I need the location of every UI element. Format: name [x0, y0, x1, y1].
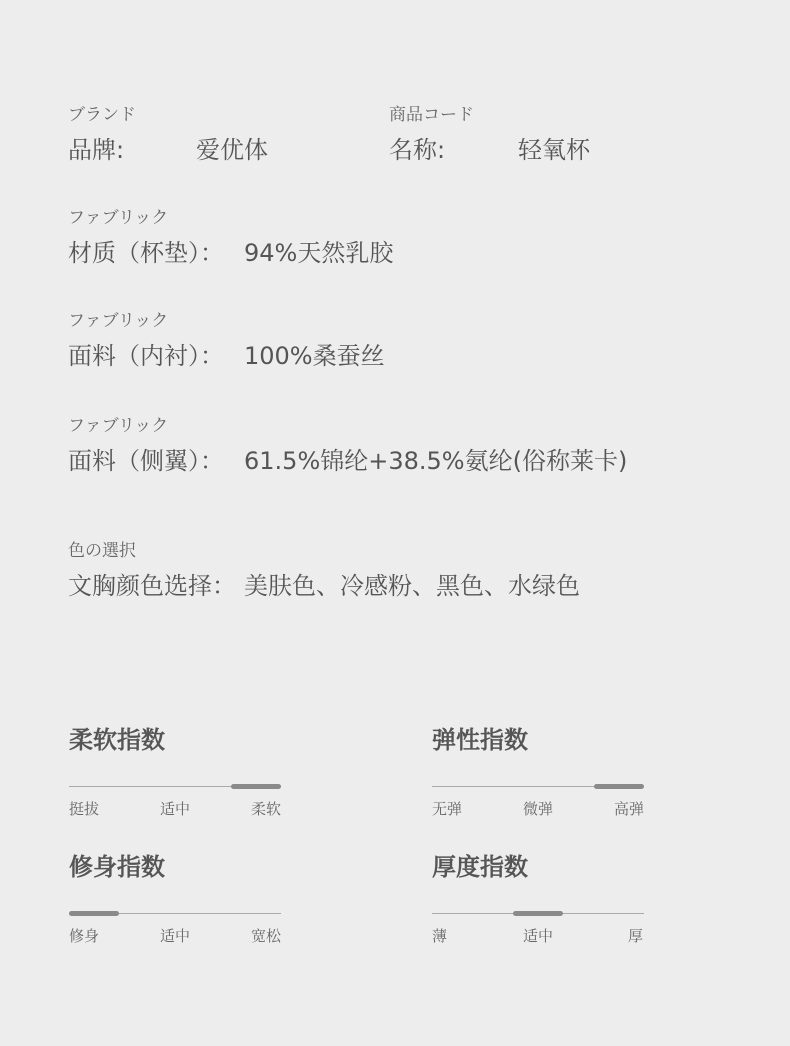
brand-caption: ブランド: [68, 105, 136, 125]
softness-index-title: 柔软指数: [69, 725, 165, 755]
product-value: 轻氧杯: [518, 135, 590, 165]
softness-tick-high: 柔软: [251, 800, 281, 818]
side-wing-caption: ファブリック: [68, 416, 168, 436]
cup-pad-label: 材质（杯垫）：: [68, 239, 224, 267]
lining-value: 100%桑蚕丝: [244, 341, 385, 371]
lining-caption: ファブリック: [68, 311, 168, 331]
fit-index-title: 修身指数: [69, 852, 165, 882]
thickness-scale-track: [432, 913, 644, 914]
product-label: 名称:: [389, 136, 445, 164]
brand-row: 品牌: 爱优体: [68, 135, 124, 165]
side-wing-value: 61.5%锦纶+38.5%氨纶(俗称莱卡): [244, 446, 627, 476]
side-wing-row: 面料（侧翼）： 61.5%锦纶+38.5%氨纶(俗称莱卡): [68, 446, 224, 476]
side-wing-label: 面料（侧翼）：: [68, 447, 224, 475]
softness-tick-low: 挺拔: [69, 800, 99, 818]
cup-pad-value: 94%天然乳胶: [244, 238, 393, 268]
color-row: 文胸颜色选择： 美肤色、冷感粉、黑色、水绿色: [68, 571, 236, 601]
brand-value: 爱优体: [196, 135, 268, 165]
lining-row: 面料（内衬）： 100%桑蚕丝: [68, 341, 224, 371]
elasticity-index-title: 弹性指数: [432, 725, 528, 755]
color-value: 美肤色、冷感粉、黑色、水绿色: [244, 571, 580, 601]
thickness-scale-indicator: [513, 911, 563, 916]
elasticity-tick-low: 无弹: [432, 800, 462, 818]
cup-pad-row: 材质（杯垫）： 94%天然乳胶: [68, 238, 224, 268]
elasticity-tick-high: 高弹: [614, 800, 644, 818]
thickness-tick-high: 厚: [628, 927, 643, 945]
brand-label: 品牌:: [68, 136, 124, 164]
product-caption: 商品コード: [389, 105, 474, 125]
color-label: 文胸颜色选择：: [68, 572, 236, 600]
thickness-tick-mid: 适中: [523, 927, 553, 945]
cup-pad-caption: ファブリック: [68, 208, 168, 228]
fit-tick-high: 宽松: [251, 927, 281, 945]
fit-tick-low: 修身: [69, 927, 99, 945]
lining-label: 面料（内衬）：: [68, 342, 224, 370]
softness-tick-mid: 适中: [160, 800, 190, 818]
thickness-tick-low: 薄: [432, 927, 447, 945]
elasticity-scale-track: [432, 786, 644, 787]
softness-scale-indicator: [231, 784, 281, 789]
fit-scale-indicator: [69, 911, 119, 916]
thickness-index-title: 厚度指数: [432, 852, 528, 882]
elasticity-tick-mid: 微弹: [523, 800, 553, 818]
product-row: 名称: 轻氧杯: [389, 135, 445, 165]
elasticity-scale-indicator: [594, 784, 644, 789]
softness-scale-track: [69, 786, 281, 787]
fit-tick-mid: 适中: [160, 927, 190, 945]
fit-scale-track: [69, 913, 281, 914]
color-caption: 色の選択: [68, 541, 136, 561]
